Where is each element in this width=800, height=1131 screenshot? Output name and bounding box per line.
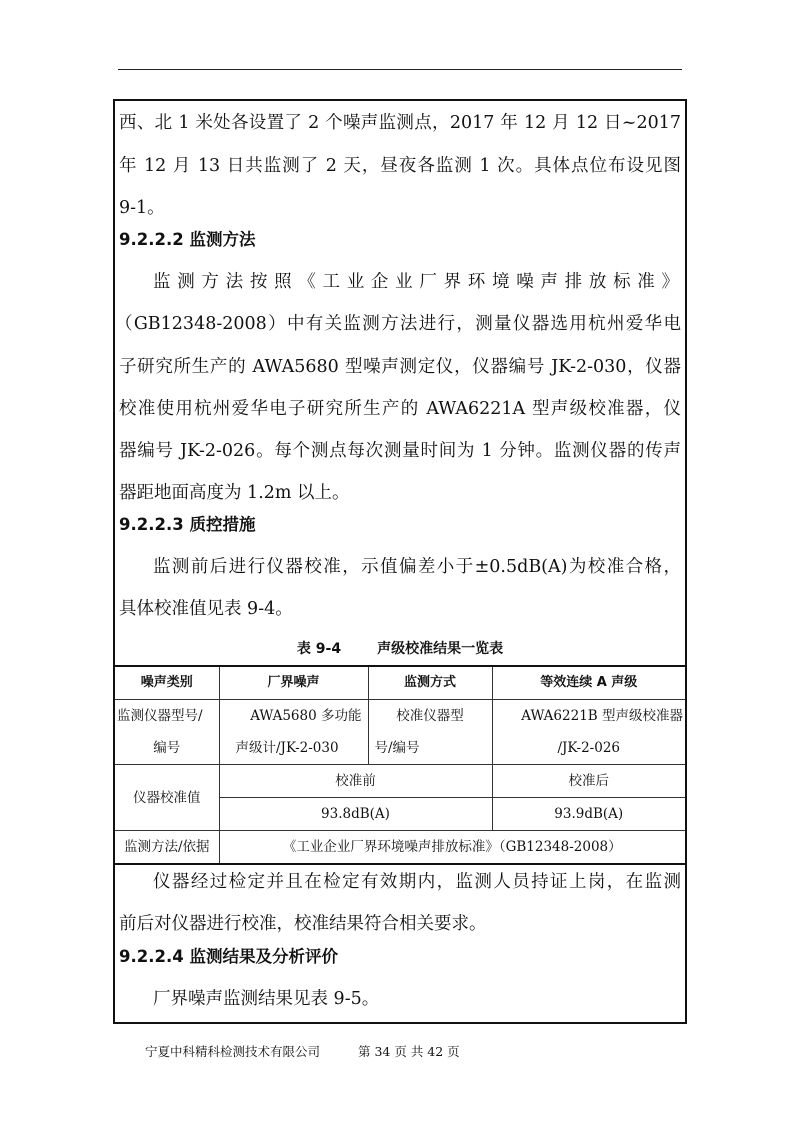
paragraph-line: 西、北 1 米处各设置了 2 个噪声监测点，2017 年 12 月 12 日~2… <box>119 113 681 133</box>
header-cell: 监测方式 <box>368 666 492 700</box>
table-header-row: 噪声类别 厂界噪声 监测方式 等效连续 A 声级 <box>115 666 685 700</box>
instrument-label-cell: 监测仪器型号/ 编号 <box>115 700 219 765</box>
paragraph-line: 子研究所生产的 AWA5680 型噪声测定仪，仪器编号 JK-2-030，仪器 <box>119 357 681 377</box>
cell-line: 监测仪器型号/ <box>117 700 217 732</box>
header-rule <box>118 69 682 70</box>
calibrator-cell: AWA6221B 型声级校准器 /JK-2-026 <box>492 700 685 765</box>
cell-line: AWA5680 多功能 <box>222 700 366 732</box>
before-value-cell: 93.8dB(A) <box>219 798 492 831</box>
before-label-cell: 校准前 <box>219 765 492 798</box>
paragraph-line: 监测方法按照《工业企业厂界环境噪声排放标准》 <box>153 272 681 292</box>
paragraph-line: 厂界噪声监测结果见表 9-5。 <box>153 989 681 1009</box>
header-cell: 噪声类别 <box>115 666 219 700</box>
paragraph-line: 校准使用杭州爱华电子研究所生产的 AWA6221A 型声级校准器，仪 <box>119 399 681 419</box>
paragraph-line: 9-1。 <box>119 198 165 218</box>
footer-company: 宁夏中科精科检测技术有限公司 <box>145 1042 320 1060</box>
section-heading-results: 9.2.2.4 监测结果及分析评价 <box>119 947 338 967</box>
table-number: 表 9-4 <box>297 641 341 657</box>
paragraph-line: 具体校准值见表 9-4。 <box>119 599 293 619</box>
table-row-instrument: 监测仪器型号/ 编号 AWA5680 多功能 声级计/JK-2-030 校准仪器… <box>115 700 685 765</box>
paragraph-line: 器距地面高度为 1.2m 以上。 <box>119 483 350 503</box>
method-label-cell: 监测方法/依据 <box>115 831 219 865</box>
header-cell: 厂界噪声 <box>219 666 368 700</box>
after-value-cell: 93.9dB(A) <box>492 798 685 831</box>
cell-line: AWA6221B 型声级校准器 <box>495 700 684 732</box>
footer-page-number: 第 34 页 共 42 页 <box>358 1042 460 1060</box>
cell-line: 声级计/JK-2-030 <box>222 732 366 764</box>
paragraph-line: 仪器经过检定并且在检定有效期内，监测人员持证上岗，在监测 <box>153 872 681 892</box>
paragraph-line: （GB12348-2008）中有关监测方法进行，测量仪器选用杭州爱华电 <box>115 314 681 334</box>
method-value-cell: 《工业企业厂界环境噪声排放标准》（GB12348-2008） <box>219 831 685 865</box>
calibration-label-cell: 仪器校准值 <box>115 765 219 831</box>
table-row-calibration-labels: 仪器校准值 校准前 校准后 <box>115 765 685 798</box>
calibration-table: 噪声类别 厂界噪声 监测方式 等效连续 A 声级 监测仪器型号/ 编号 AWA5… <box>115 665 685 865</box>
table-title: 声级校准结果一览表 <box>377 641 503 657</box>
table-caption: 表 9-4声级校准结果一览表 <box>115 638 685 658</box>
cell-line: 号/编号 <box>371 732 490 764</box>
cell-line: 校准仪器型 <box>371 700 490 732</box>
cell-line: 编号 <box>117 732 217 764</box>
meter-cell: AWA5680 多功能 声级计/JK-2-030 <box>219 700 368 765</box>
header-cell: 等效连续 A 声级 <box>492 666 685 700</box>
paragraph-line: 前后对仪器进行校准，校准结果符合相关要求。 <box>119 914 487 934</box>
paragraph-line: 年 12 月 13 日共监测了 2 天，昼夜各监测 1 次。具体点位布设见图 <box>119 156 681 176</box>
after-label-cell: 校准后 <box>492 765 685 798</box>
cell-line: /JK-2-026 <box>495 732 684 764</box>
content-frame: 西、北 1 米处各设置了 2 个噪声监测点，2017 年 12 月 12 日~2… <box>113 99 687 1024</box>
section-heading-quality-control: 9.2.2.3 质控措施 <box>119 515 255 535</box>
paragraph-line: 监测前后进行仪器校准，示值偏差小于±0.5dB(A)为校准合格， <box>153 557 681 577</box>
calibrator-label-cell: 校准仪器型 号/编号 <box>368 700 492 765</box>
paragraph-line: 器编号 JK-2-026。每个测点每次测量时间为 1 分钟。监测仪器的传声 <box>119 441 681 461</box>
section-heading-monitoring-method: 9.2.2.2 监测方法 <box>119 230 255 250</box>
table-row-method: 监测方法/依据 《工业企业厂界环境噪声排放标准》（GB12348-2008） <box>115 831 685 865</box>
